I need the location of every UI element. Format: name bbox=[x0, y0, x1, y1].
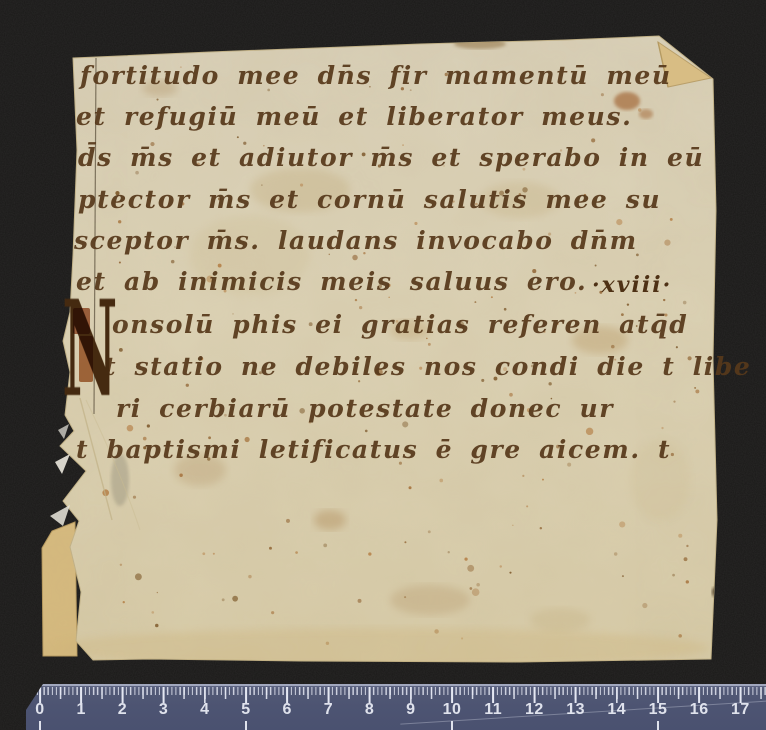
ruler-number-4: 4 bbox=[200, 701, 209, 719]
ruler-bottom-tick bbox=[39, 721, 41, 730]
ruler-number-0: 0 bbox=[35, 701, 44, 719]
ruler-number-1: 1 bbox=[76, 701, 85, 719]
ruler: 01234567891011121314151617 bbox=[26, 684, 766, 730]
ruler-number-2: 2 bbox=[118, 701, 127, 719]
ruler-number-6: 6 bbox=[282, 701, 291, 719]
psalm-number: ·xviii· bbox=[592, 272, 672, 298]
ruler-number-8: 8 bbox=[365, 701, 374, 719]
ruler-top-edge bbox=[26, 684, 766, 686]
manuscript-line-4: ptector m̄s et cornū salutis mee su bbox=[78, 187, 661, 212]
initial-red-fill bbox=[79, 336, 93, 382]
decorated-initial: N bbox=[60, 284, 112, 410]
photo-stage: fortitudo mee dn̄s fir mamentū meūet ref… bbox=[0, 0, 766, 730]
ruler-number-9: 9 bbox=[406, 701, 415, 719]
manuscript-line-6: et ab inimicis meis saluus ero. bbox=[76, 269, 587, 294]
manuscript-line-10: t baptismi letificatus ē gre aicem. t bbox=[76, 437, 671, 462]
ruler-number-5: 5 bbox=[241, 701, 250, 719]
ruler-number-15: 15 bbox=[649, 701, 668, 719]
manuscript-line-7: onsolū phis ei gratias referen atq̄d bbox=[112, 312, 688, 337]
ruler-bottom-tick bbox=[451, 721, 453, 730]
manuscript-line-5: sceptor m̄s. laudans invocabo dn̄m bbox=[74, 228, 638, 253]
manuscript-line-8: t statio ne debiles nos condi die t libe bbox=[104, 354, 751, 379]
ruler-number-10: 10 bbox=[443, 701, 462, 719]
initial-red-fill bbox=[73, 308, 90, 334]
manuscript-line-2: et refugiū meū et liberator meus. bbox=[76, 104, 632, 129]
ruler-bottom-tick bbox=[245, 721, 247, 730]
ruler-number-7: 7 bbox=[324, 701, 333, 719]
ruler-number-13: 13 bbox=[566, 701, 585, 719]
manuscript-line-1: fortitudo mee dn̄s fir mamentū meū bbox=[80, 63, 672, 88]
manuscript-line-3: d̄s m̄s et adiutor m̄s et sperabo in eū bbox=[78, 145, 704, 170]
ruler-bottom-tick bbox=[657, 721, 659, 730]
ruler-number-11: 11 bbox=[484, 701, 502, 719]
manuscript-line-9: ri cerbiarū potestate donec ur bbox=[116, 396, 614, 421]
ruler-number-3: 3 bbox=[159, 701, 168, 719]
